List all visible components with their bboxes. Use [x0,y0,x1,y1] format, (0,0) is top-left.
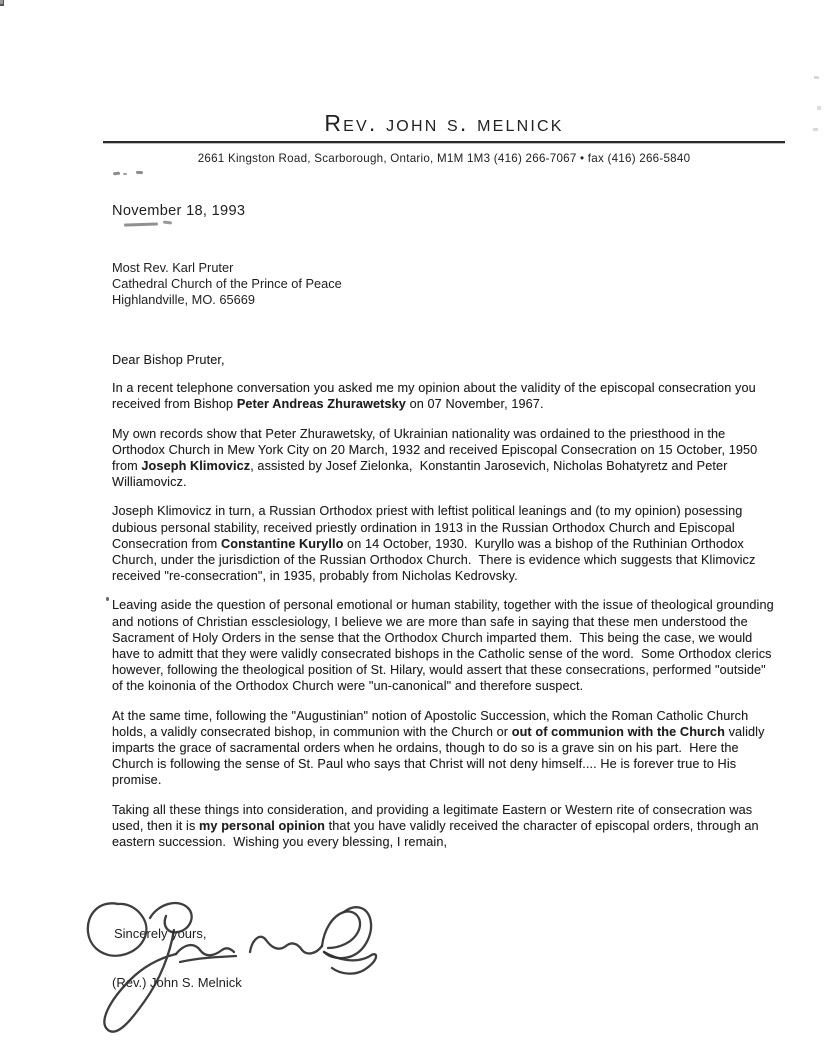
paragraph: My own records show that Peter Zhurawets… [112,426,774,491]
paragraph: Taking all these things into considerati… [112,802,774,851]
letterhead-address: 2661 Kingston Road, Scarborough, Ontario… [103,152,785,165]
paragraph: In a recent telephone conversation you a… [112,380,774,412]
recipient-line: Most Rev. Karl Pruter [112,260,342,276]
signature-stroke [324,952,376,974]
scan-smudge [123,173,127,175]
scan-artifact [817,106,821,110]
letter-body: Dear Bishop Pruter, In a recent telephon… [112,352,774,863]
signature-stroke [88,903,147,955]
recipient-line: Highlandville, MO. 65669 [112,292,342,308]
paragraph: Leaving aside the question of personal e… [112,597,774,694]
letter-page: Rev. John S. Melnick 2661 Kingston Road,… [0,0,828,1052]
signature-stroke [324,907,371,958]
paragraph: At the same time, following the "Augusti… [112,708,774,789]
scan-artifact [813,128,818,131]
letterhead-name: Rev. John S. Melnick [103,110,785,137]
recipient-line: Cathedral Church of the Prince of Peace [112,276,342,292]
recipient-address: Most Rev. Karl Pruter Cathedral Church o… [112,260,342,309]
signature-stroke [322,912,360,948]
scan-smudge [136,171,143,174]
scan-smudge [113,172,120,175]
scan-artifact [0,0,3,4]
letter-date: November 18, 1993 [112,203,245,219]
handwritten-signature [82,896,382,1046]
letterhead-rule [103,141,785,143]
letterhead: Rev. John S. Melnick 2661 Kingston Road,… [103,110,785,165]
scan-smudge [106,597,109,601]
scan-artifact [814,76,819,79]
paragraph: Joseph Klimovicz in turn, a Russian Orth… [112,503,774,584]
signature-stroke [250,937,322,954]
signature-stroke [150,903,192,932]
scan-smudge [124,222,158,226]
scan-smudge [163,220,172,224]
signature-stroke [180,956,236,962]
salutation: Dear Bishop Pruter, [112,352,774,368]
signature-stroke [176,945,234,955]
